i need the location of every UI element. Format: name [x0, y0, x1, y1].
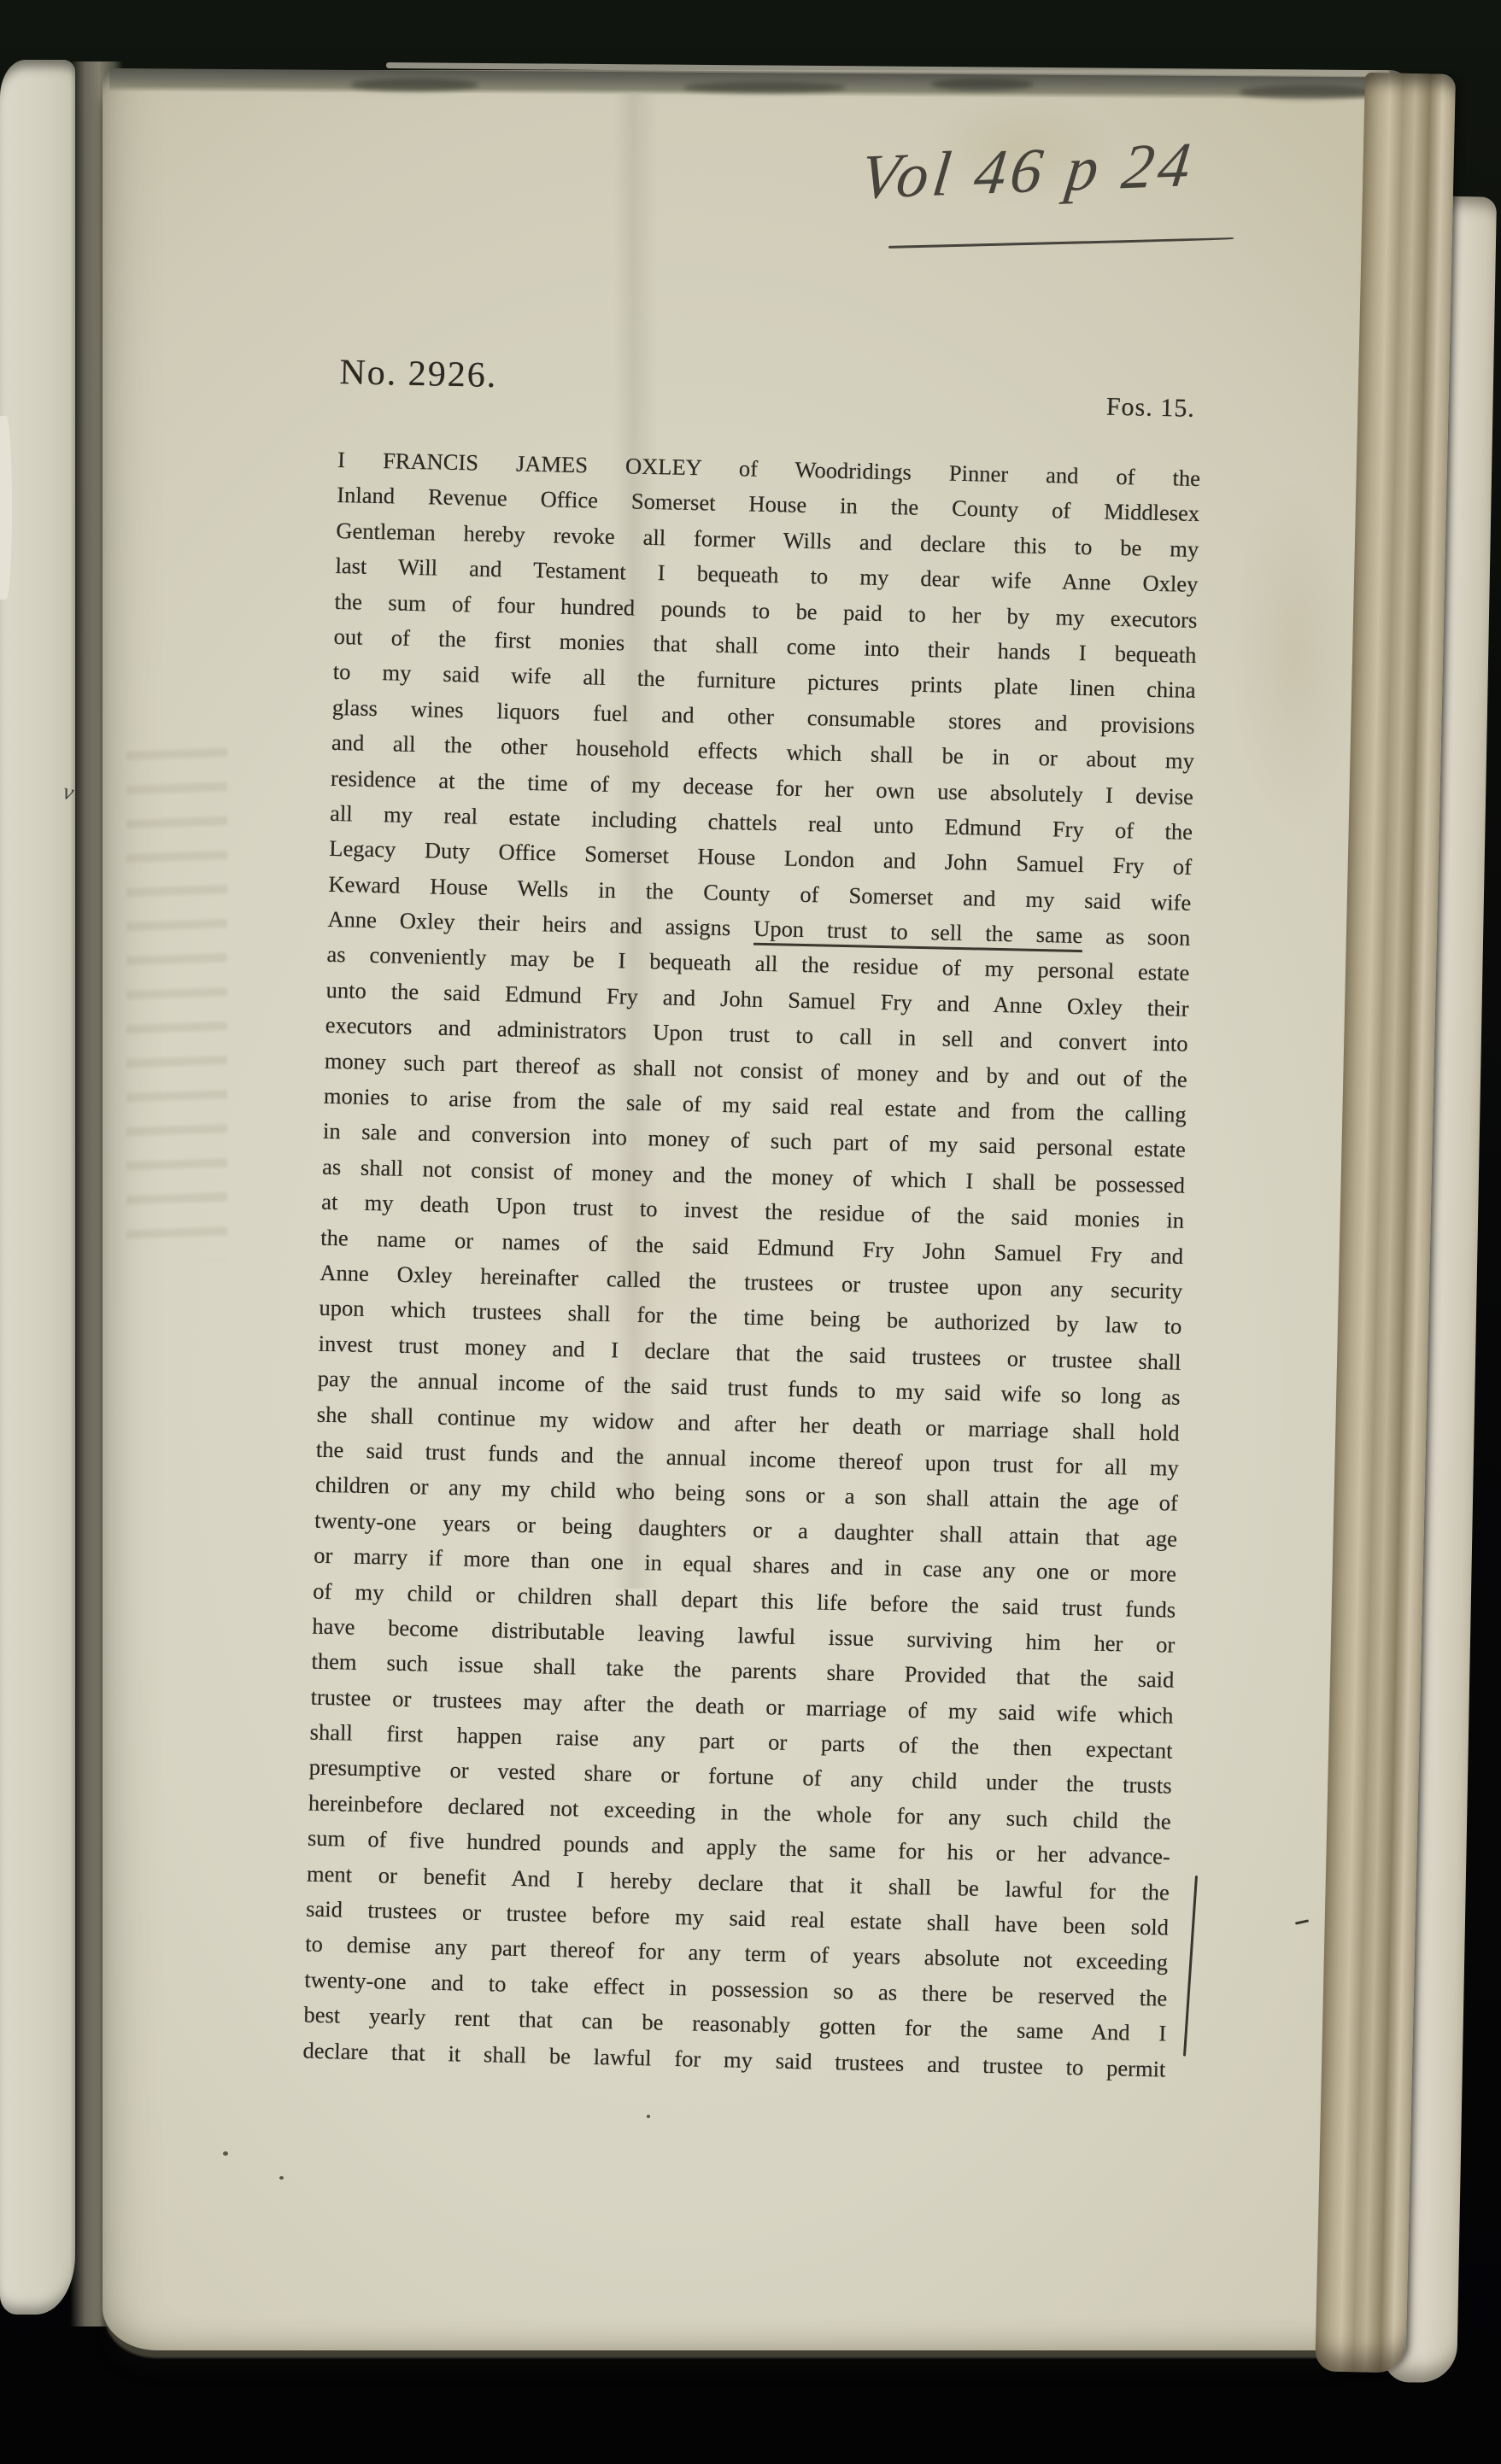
folio-reference: Fos. 15. — [1106, 393, 1196, 424]
document-number: No. 2926. — [339, 352, 498, 396]
edge-smudge — [350, 79, 478, 91]
edge-smudge — [931, 79, 1034, 91]
will-text: I FRANCIS JAMES OXLEY of Woodridings Pin… — [302, 442, 1200, 2087]
ink-show-through — [126, 728, 227, 1261]
paper-speck — [223, 2151, 228, 2156]
volume-page-annotation: Vol 46 p 24 — [857, 129, 1199, 214]
previous-page-edge — [0, 60, 75, 2315]
page-edge-notch — [0, 416, 12, 600]
paper-speck — [279, 2176, 284, 2180]
paper-stain — [1230, 478, 1358, 837]
page-content: No. 2926. Fos. 15. I FRANCIS JAMES OXLEY… — [302, 352, 1203, 2087]
paper-speck — [647, 2115, 650, 2118]
edge-smudge — [1239, 85, 1375, 99]
scanned-book-photo: Vol 46 p 24 No. 2926. Fos. 15. I FRANCIS… — [0, 0, 1501, 2464]
edge-smudge — [683, 82, 846, 93]
